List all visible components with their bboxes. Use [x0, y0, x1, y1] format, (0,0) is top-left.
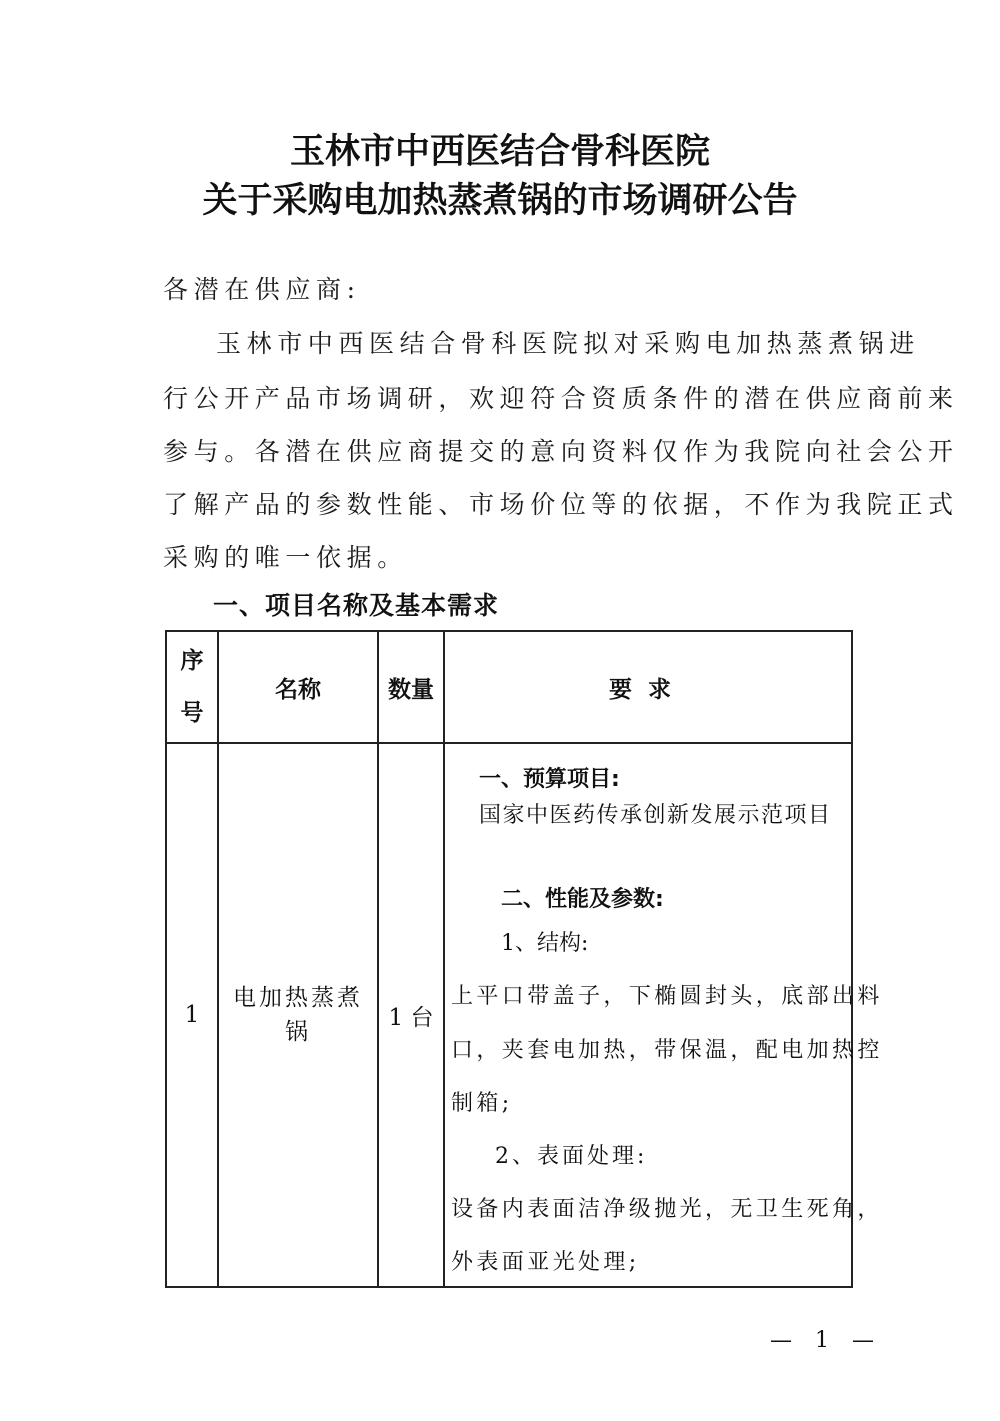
paragraph-line-4: 了解产品的参数性能、市场价位等的依据，不作为我院正式: [163, 485, 959, 521]
requirements-table: 序 号 名称 数量 要求 1 电加热蒸煮锅 1 台 一、预算项目: 国家中医药传…: [165, 630, 853, 1288]
cell-requirements: 一、预算项目: 国家中医药传承创新发展示范项目 二、性能及参数: 1、结构: 上…: [444, 743, 852, 1287]
cell-seq: 1: [166, 743, 218, 1287]
cell-quantity: 1 台: [378, 743, 444, 1287]
section-heading-project: 一、项目名称及基本需求: [213, 586, 499, 622]
paragraph-line-1: 玉林市中西医结合骨科医院拟对采购电加热蒸煮锅进: [216, 324, 920, 360]
header-seq-top: 序: [167, 635, 217, 687]
surface-line-1: 设备内表面洁净级抛光，无卫生死角，: [451, 1192, 883, 1223]
structure-label: 1、结构:: [501, 926, 588, 957]
table-header-row: 序 号 名称 数量 要求: [166, 631, 852, 743]
budget-value: 国家中医药传承创新发展示范项目: [479, 798, 832, 829]
header-seq: 序 号: [166, 631, 218, 743]
salutation: 各潜在供应商:: [163, 270, 361, 306]
paragraph-line-5: 采购的唯一依据。: [163, 538, 408, 574]
header-quantity: 数量: [378, 631, 444, 743]
cell-name: 电加热蒸煮锅: [218, 743, 378, 1287]
document-title-line1: 玉林市中西医结合骨科医院: [0, 124, 1000, 174]
structure-line-3: 制箱;: [451, 1086, 513, 1117]
document-title-line2: 关于采购电加热蒸煮锅的市场调研公告: [0, 173, 1000, 223]
header-requirements: 要求: [444, 631, 852, 743]
header-seq-bottom: 号: [167, 687, 217, 739]
surface-line-2: 外表面亚光处理;: [451, 1245, 640, 1276]
structure-line-2: 口，夹套电加热，带保温，配电加热控: [451, 1033, 883, 1064]
paragraph-line-2: 行公开产品市场调研，欢迎符合资质条件的潜在供应商前来: [163, 379, 959, 415]
header-name: 名称: [218, 631, 378, 743]
paragraph-line-3: 参与。各潜在供应商提交的意向资料仅作为我院向社会公开: [163, 432, 959, 468]
budget-heading: 一、预算项目:: [479, 762, 620, 793]
structure-line-1: 上平口带盖子，下椭圆封头，底部出料: [451, 979, 883, 1010]
page-number: — 1 —: [770, 1328, 882, 1353]
params-heading: 二、性能及参数:: [501, 882, 664, 913]
table-row: 1 电加热蒸煮锅 1 台 一、预算项目: 国家中医药传承创新发展示范项目 二、性…: [166, 743, 852, 1287]
surface-label: 2、表面处理:: [495, 1139, 647, 1170]
